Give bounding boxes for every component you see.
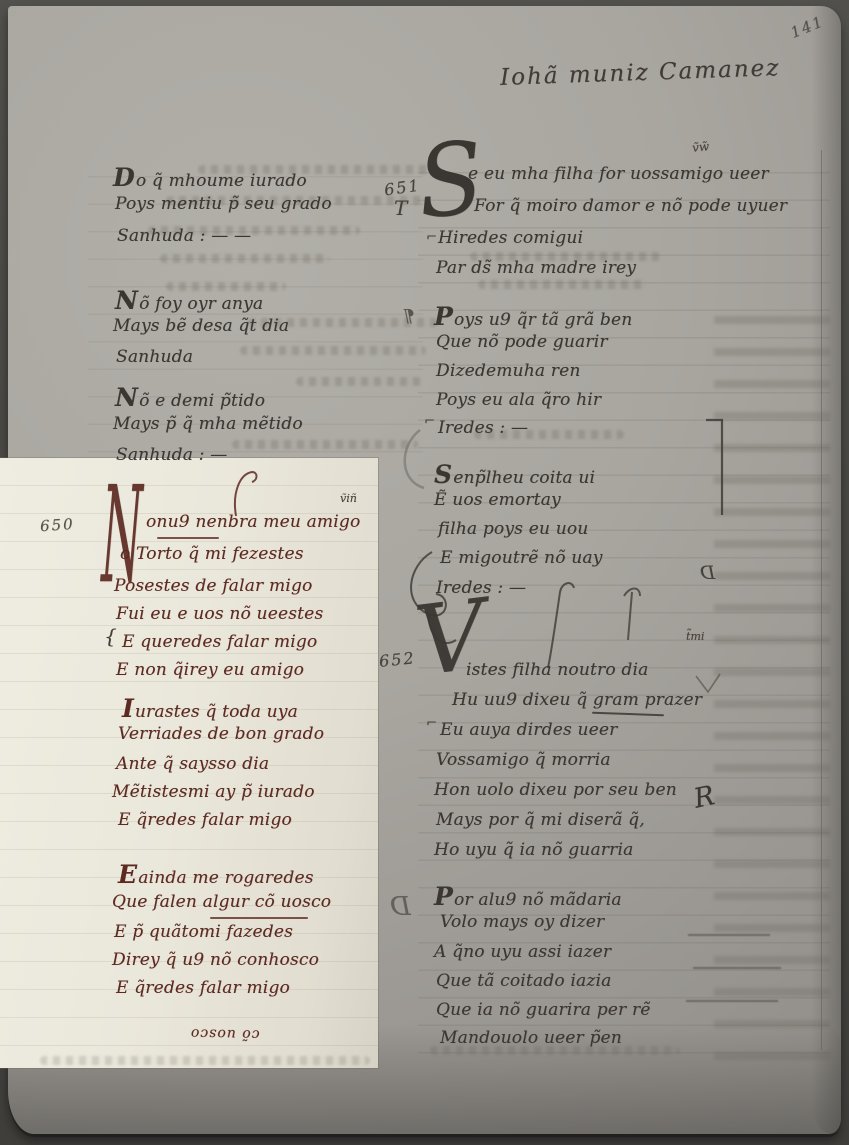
marginal-number-652: 652 bbox=[378, 648, 416, 671]
verse-line: istes filha noutro dia bbox=[466, 660, 648, 680]
verse-line: Mays bẽ desa q̃t dia bbox=[113, 316, 289, 336]
reversed-d-mark: D bbox=[390, 892, 411, 922]
verse-line: Hiredes comigui bbox=[438, 228, 583, 248]
verse-line: e eu mha filha for uossamigo ueer bbox=[468, 164, 769, 184]
verse-line: A q̃no uyu assi iazer bbox=[434, 942, 611, 962]
verse-line: Mandouolo ueer p̃en bbox=[440, 1028, 622, 1048]
verse-line: filha poys eu uou bbox=[438, 519, 588, 539]
verse-line: Iredes : — bbox=[438, 418, 528, 438]
verse-line: Poys u9 q̃r tã grã ben bbox=[434, 302, 632, 331]
manuscript-photo: Iohã muniz Camanez 141 651 650 652 ṽw̃ ṽ… bbox=[0, 0, 849, 1145]
verse-line: Volo mays oy dizer bbox=[440, 912, 604, 932]
verse-line: Hu uu9 dixeu q̃ gram prazer bbox=[452, 690, 702, 710]
stanza-initial: I bbox=[122, 694, 134, 723]
pilcrow-mark: ¶ bbox=[404, 306, 415, 327]
verse-line: E queredes falar migo bbox=[122, 632, 317, 652]
verse-line: onu9 nenbra meu amigo bbox=[146, 512, 360, 532]
reversed-d-mark: D bbox=[700, 562, 715, 584]
verse-line: Ante q̃ saysso dia bbox=[116, 754, 269, 774]
verse-line: Mays p̃ q̃ mha mẽtido bbox=[113, 414, 303, 434]
verse-line: Eu auya dirdes ueer bbox=[440, 720, 618, 740]
marginal-gloss: ṽiñ bbox=[340, 492, 357, 505]
verse-line: Ẽ uos emortay bbox=[434, 490, 561, 510]
catchword: cõ uosco bbox=[190, 1025, 260, 1042]
stanza-initial: N bbox=[115, 286, 138, 315]
verse-line: Par ds̃ mha madre irey bbox=[436, 258, 636, 278]
stanza-initial: P bbox=[434, 882, 453, 911]
marginal-number-650: 650 bbox=[39, 515, 75, 535]
verse-line: Nõ e demi p̃tido bbox=[115, 383, 265, 412]
verse-line: Senp̃lheu coita ui bbox=[434, 460, 595, 489]
verse-line: Que nõ pode guarir bbox=[436, 332, 608, 352]
verse-line: E q̃redes falar migo bbox=[116, 978, 290, 998]
verse-line: For q̃ moiro damor e nõ pode uyuer bbox=[474, 196, 787, 216]
verse-line: Sanhuda bbox=[116, 347, 193, 367]
stanza-initial: E bbox=[118, 860, 137, 889]
verse-line: Fui eu e uos nõ ueestes bbox=[116, 604, 323, 624]
bracket-mark: ⌐ bbox=[424, 414, 435, 429]
verse-line: Mẽtistesmi ay p̃ iurado bbox=[112, 782, 315, 802]
verse-line: Hon uolo dixeu por seu ben bbox=[434, 780, 677, 800]
ink-underline bbox=[210, 917, 308, 919]
bracket-mark: ⌐ bbox=[426, 716, 437, 731]
verse-line: Poys mentiu p̃ seu grado bbox=[115, 194, 332, 214]
stanza-initial: P bbox=[434, 302, 453, 331]
stanza-initial: D bbox=[113, 163, 135, 192]
brace-mark: { bbox=[104, 624, 117, 648]
marginal-gloss: ṽw̃ bbox=[691, 139, 709, 155]
ink-underline bbox=[157, 537, 219, 539]
verse-line: Nõ foy oyr anya bbox=[115, 286, 263, 315]
marginal-gloss: t̃mi bbox=[686, 630, 704, 643]
verse-line: Que ia nõ guarira per rẽ bbox=[436, 1000, 651, 1020]
verse-line: Ho uyu q̃ ia nõ guarria bbox=[434, 840, 633, 860]
verse-line: Eainda me rogaredes bbox=[118, 860, 314, 889]
verse-line: Por alu9 nõ mãdaria bbox=[434, 882, 622, 911]
verse-line: Sanhuda : — — bbox=[117, 226, 251, 246]
verse-line: E p̃ quãtomi fazedes bbox=[114, 922, 293, 942]
verse-line: E migoutrẽ nõ uay bbox=[440, 548, 603, 568]
stanza-initial: N bbox=[115, 383, 138, 412]
verse-line: E non q̃irey eu amigo bbox=[116, 660, 304, 680]
verse-line: Que tã coitado iazia bbox=[436, 971, 612, 991]
verse-line: Dizedemuha ren bbox=[436, 361, 581, 381]
verse-line: E q̃redes falar migo bbox=[118, 810, 292, 830]
verse-line: Direy q̃ u9 nõ conhosco bbox=[112, 950, 319, 970]
verse-line: o Torto q̃ mi fezestes bbox=[120, 544, 304, 564]
verse-line: Poys eu ala q̃ro hir bbox=[436, 390, 601, 410]
paragraph-mark: T bbox=[394, 196, 407, 220]
verse-line: Do q̃ mhoume iurado bbox=[113, 163, 307, 192]
verse-line: Vossamigo q̃ morria bbox=[436, 750, 611, 770]
verse-line: Que falen algur cõ uosco bbox=[112, 892, 331, 912]
verse-line: Posestes de falar migo bbox=[114, 576, 312, 596]
verse-line: Mays por q̃ mi diserã q̃, bbox=[436, 810, 645, 830]
stanza-initial: S bbox=[434, 460, 452, 489]
verse-line: Iurastes q̃ toda uya bbox=[122, 694, 298, 723]
verse-line: Verriades de bon grado bbox=[118, 724, 324, 744]
